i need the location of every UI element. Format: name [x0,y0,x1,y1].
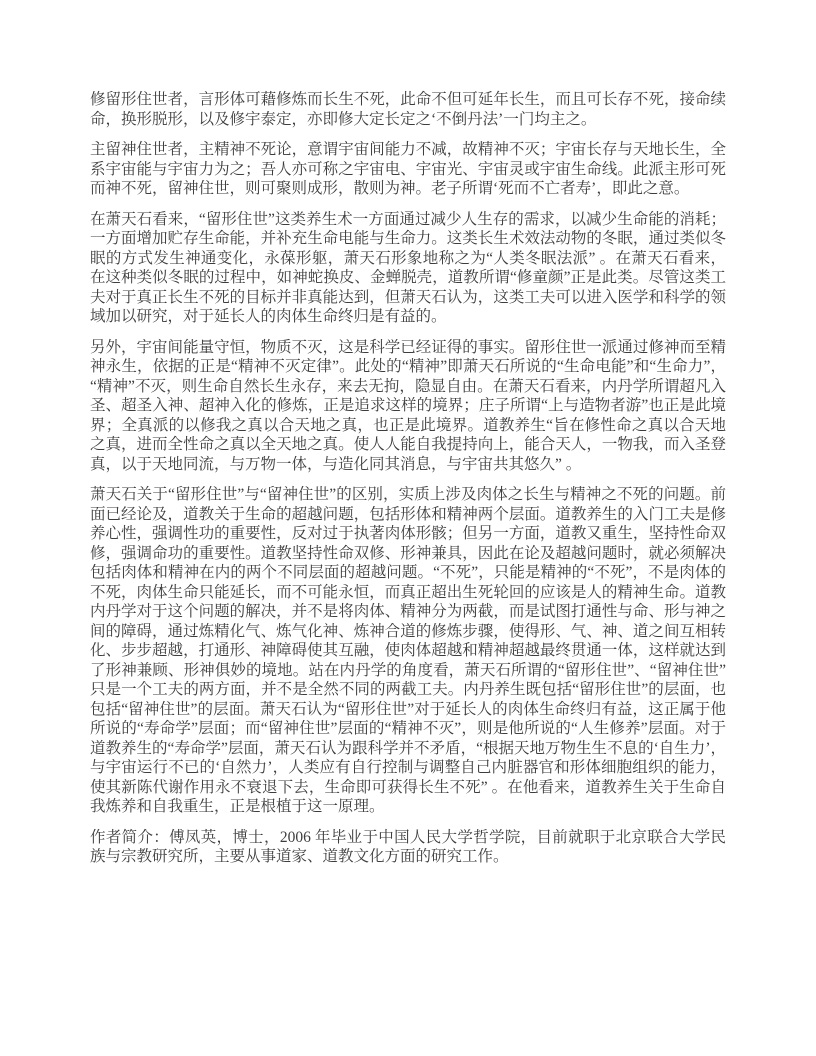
paragraph-winter-sleep-method: 在萧天石看来，“留形住世”这类养生术一方面通过减少人生存的需求，以减少生命能的消… [90,210,726,327]
paragraph-distinction-discussion: 萧天石关于“留形住世”与“留神住世”的区别，实质上涉及肉体之长生与精神之不死的问… [90,485,726,817]
document-page: 修留形住世者，言形体可藉修炼而长生不死，此命不但可延年长生，而且可长存不死，接命… [0,0,816,1056]
paragraph-liuxing-zhushi: 修留形住世者，言形体可藉修炼而长生不死，此命不但可延年长生，而且可长存不死，接命… [90,90,726,129]
paragraph-energy-conservation: 另外，宇宙间能量守恒，物质不灭，这是科学已经证得的事实。留形住世一派通过修神而至… [90,338,726,475]
author-bio-paragraph: 作者简介：傅凤英，博士，2006 年毕业于中国人民大学哲学院，目前就职于北京联合… [90,828,726,867]
paragraph-liushen-zhushi: 主留神住世者，主精神不死论，意谓宇宙间能力不减，故精神不灭；宇宙长存与天地长生，… [90,140,726,199]
